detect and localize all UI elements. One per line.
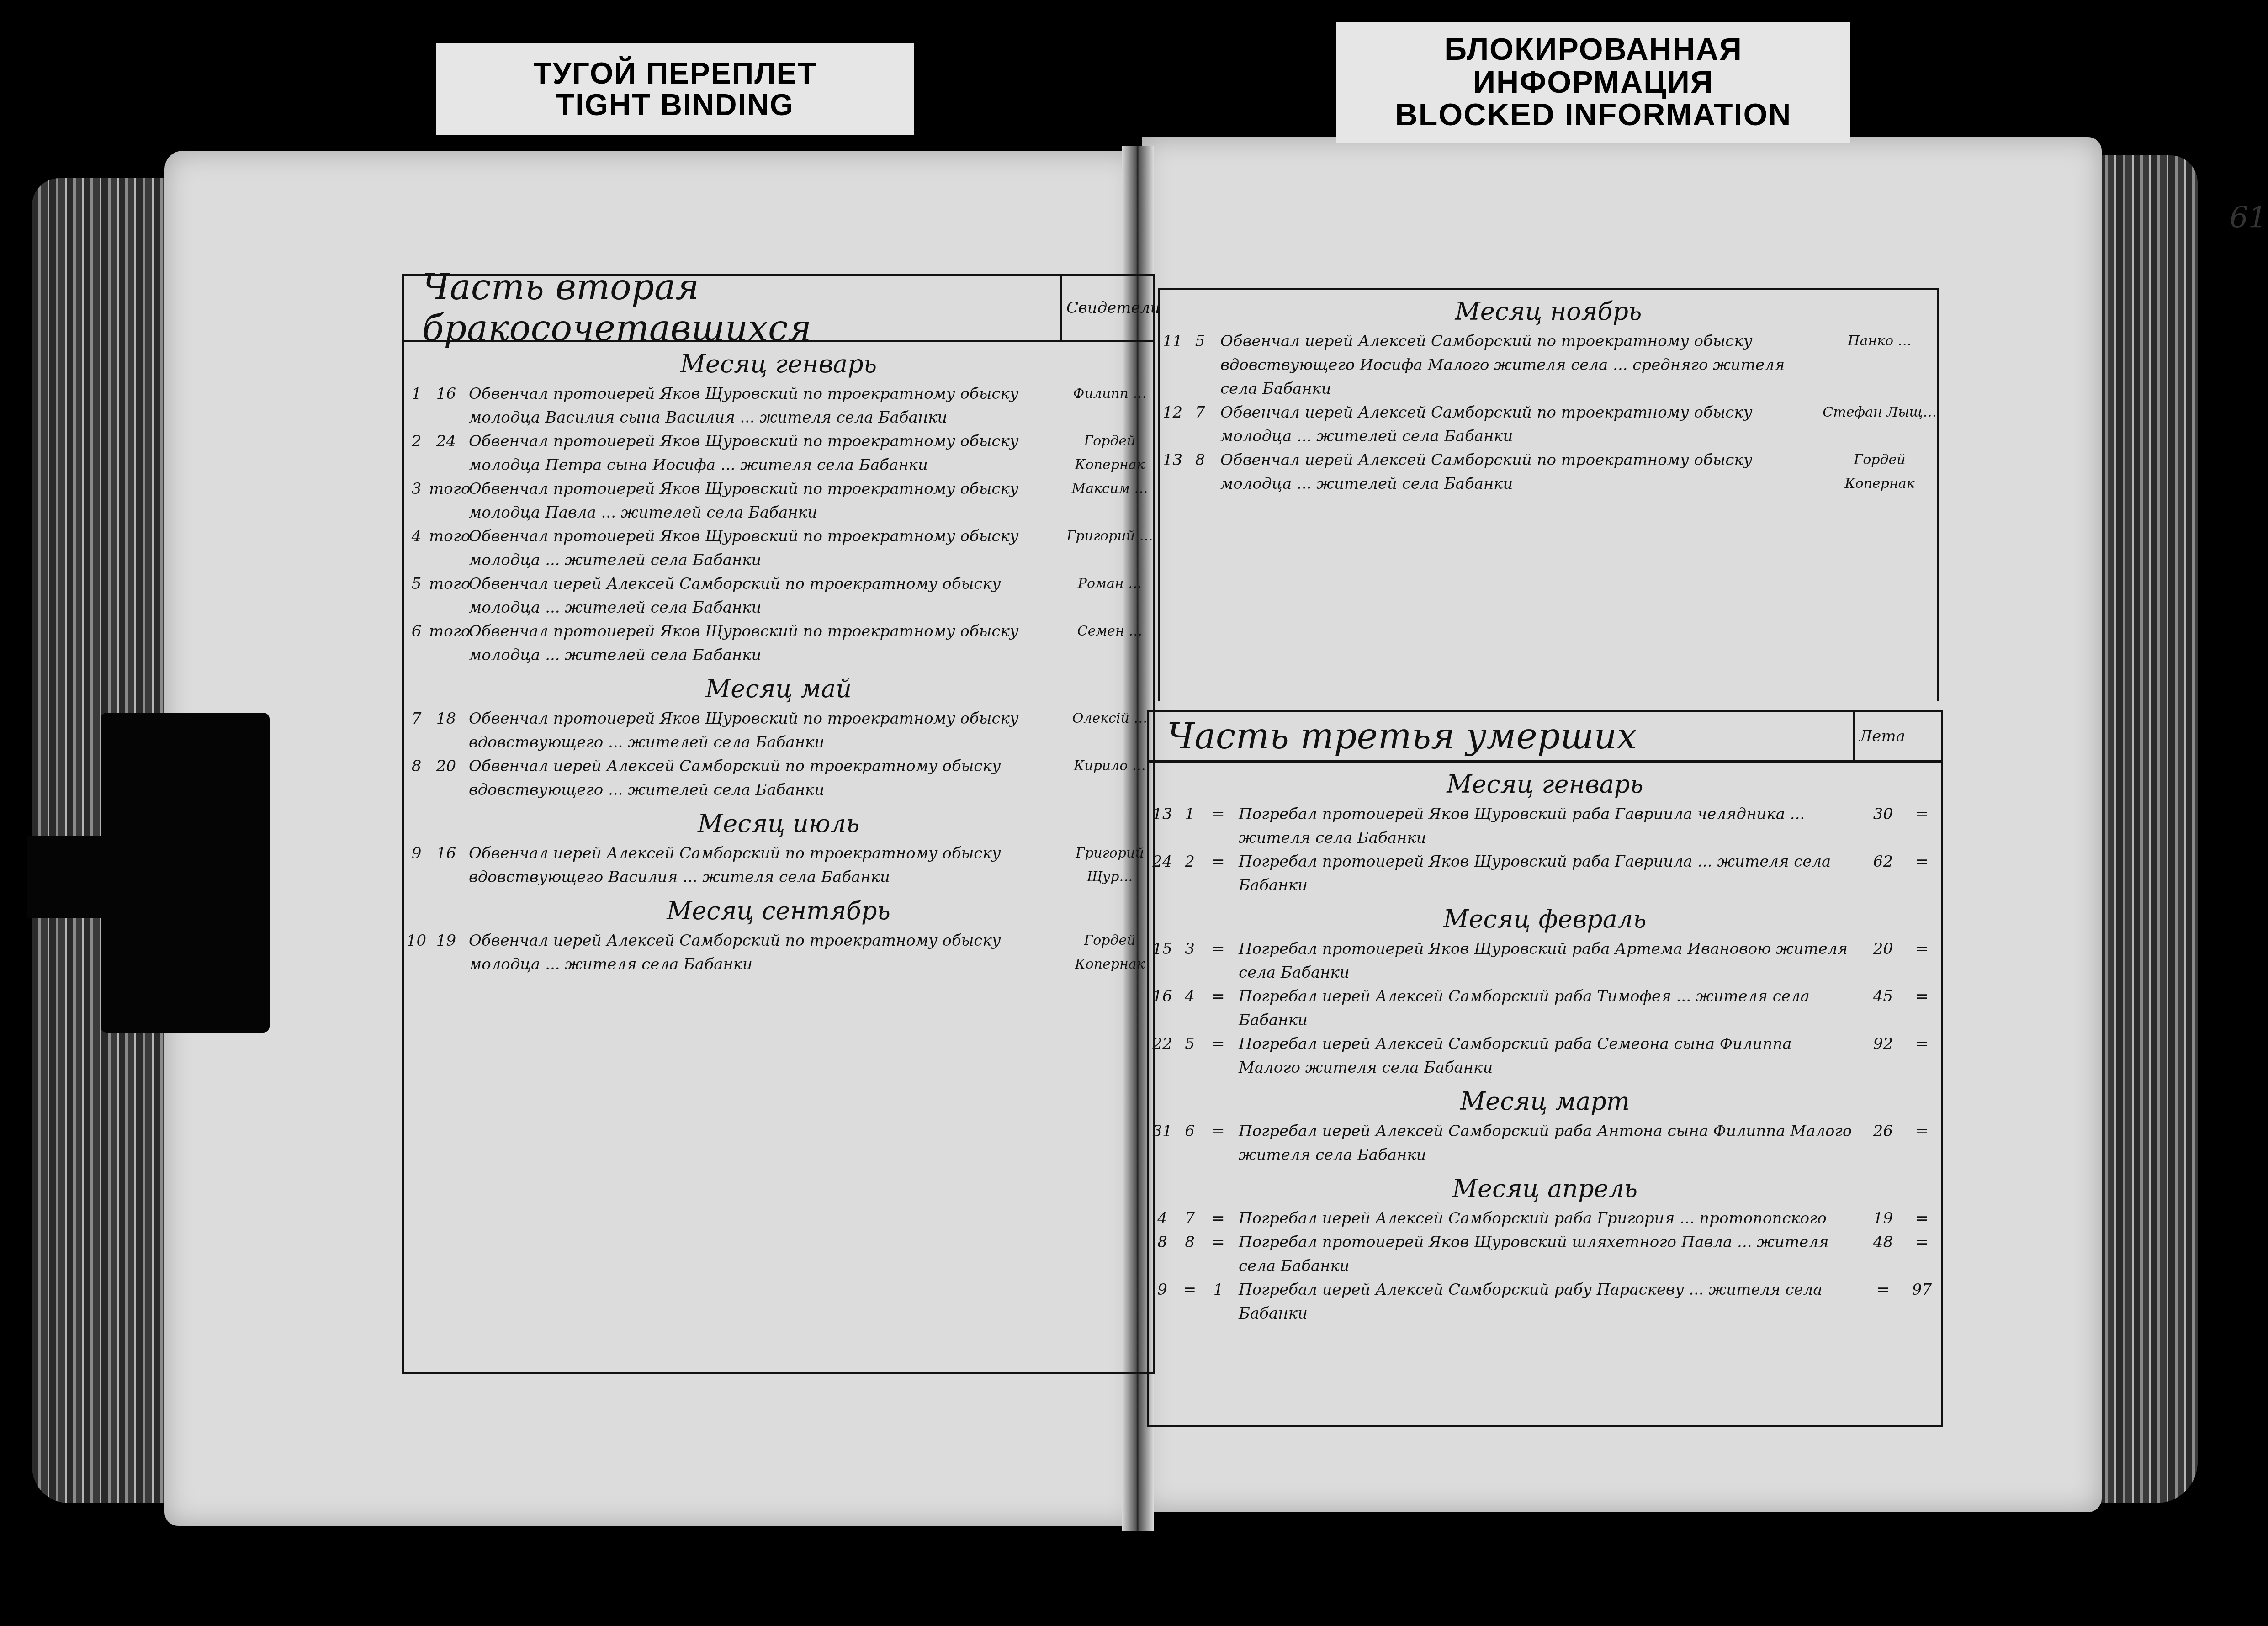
entry-male-count: = — [1176, 1278, 1203, 1325]
entry-age-male: 30 — [1864, 802, 1902, 850]
register-body: Месяц генварь131=Погребал протоиерей Яко… — [1149, 763, 1941, 1425]
entry-male-count: 7 — [1176, 1207, 1203, 1230]
blocked-information-label: БЛОКИРОВАННАЯ ИНФОРМАЦИЯ BLOCKED INFORMA… — [1336, 22, 1850, 143]
entry-witnesses: Гордей Копернак — [1066, 929, 1153, 976]
entry-number: 10 — [404, 929, 429, 976]
entry-age-female: = — [1902, 1032, 1941, 1080]
entry-female-count: = — [1203, 937, 1233, 985]
entry-text: Обвенчал протоиерей Яков Щуровский по тр… — [463, 429, 1066, 477]
entry-day: 22 — [1149, 1032, 1176, 1080]
register-entry: 115Обвенчал иерей Алексей Самборский по … — [1160, 329, 1937, 401]
death-entry: 242=Погребал протоиерей Яков Щуровский р… — [1149, 850, 1941, 897]
death-register: Часть третья умерших Лета Месяц генварь1… — [1147, 710, 1943, 1427]
entry-text: Обвенчал протоиерей Яков Щуровский по тр… — [463, 620, 1066, 667]
entry-text: Обвенчал протоиерей Яков Щуровский по тр… — [463, 707, 1066, 754]
entry-witnesses: Роман … — [1066, 572, 1153, 620]
entry-day: 9 — [1149, 1278, 1176, 1325]
folio-number: 610 — [2230, 201, 2268, 235]
register-entry: 6тогоОбвенчал протоиерей Яков Щуровский … — [404, 620, 1153, 667]
marriage-register-right: Месяц ноябрь115Обвенчал иерей Алексей Са… — [1158, 288, 1939, 701]
tight-binding-label: ТУГОЙ ПЕРЕПЛЕТ TIGHT BINDING — [436, 43, 914, 135]
entry-female-count: = — [1203, 1032, 1233, 1080]
entry-day: того — [429, 524, 463, 572]
section-header: Часть третья умерших Лета — [1149, 712, 1941, 763]
register-entry: 5тогоОбвенчал иерей Алексей Самборский п… — [404, 572, 1153, 620]
entry-witnesses: Панко … — [1823, 329, 1937, 401]
entry-day: 24 — [1149, 850, 1176, 897]
entry-female-count: = — [1203, 985, 1233, 1032]
entry-number: 2 — [404, 429, 429, 477]
entry-female-count: = — [1203, 802, 1233, 850]
entry-text: Обвенчал протоиерей Яков Щуровский по тр… — [463, 382, 1066, 429]
entry-age-male: = — [1864, 1278, 1902, 1325]
entry-witnesses: Григорий Щур… — [1066, 842, 1153, 889]
month-heading: Месяц март — [1149, 1087, 1941, 1116]
register-entry: 3тогоОбвенчал протоиерей Яков Щуровский … — [404, 477, 1153, 524]
blocked-ru-line1: БЛОКИРОВАННАЯ — [1444, 33, 1743, 66]
entry-female-count: = — [1203, 1230, 1233, 1278]
register-body: Месяц генварь116Обвенчал протоиерей Яков… — [404, 342, 1153, 1372]
entry-day: 16 — [1149, 985, 1176, 1032]
entry-age-male: 19 — [1864, 1207, 1902, 1230]
entry-text: Погребал иерей Алексей Самборский раба Г… — [1233, 1207, 1864, 1230]
entry-number: 12 — [1160, 401, 1185, 448]
entry-age-male: 92 — [1864, 1032, 1902, 1080]
entry-male-count: 3 — [1176, 937, 1203, 985]
entry-witnesses: Семен … — [1066, 620, 1153, 667]
entry-witnesses: Григорий … — [1066, 524, 1153, 572]
section-title: Часть третья умерших — [1149, 716, 1853, 757]
entry-day: 7 — [1185, 401, 1215, 448]
entry-female-count: = — [1203, 850, 1233, 897]
entry-day: 8 — [1149, 1230, 1176, 1278]
entry-witnesses: Гордей Копернак — [1823, 448, 1937, 496]
entry-number: 6 — [404, 620, 429, 667]
register-body: Месяц ноябрь115Обвенчал иерей Алексей Са… — [1160, 290, 1937, 701]
entry-female-count: = — [1203, 1207, 1233, 1230]
entry-day: 31 — [1149, 1119, 1176, 1167]
register-entry: 718Обвенчал протоиерей Яков Щуровский по… — [404, 707, 1153, 754]
entry-age-female: 97 — [1902, 1278, 1941, 1325]
entry-female-count: = — [1203, 1119, 1233, 1167]
entry-witnesses: Гордей Копернак — [1066, 429, 1153, 477]
section-header: Часть вторая бракосочетавшихся Свидетели — [404, 276, 1153, 342]
entry-text: Обвенчал иерей Алексей Самборский по тро… — [463, 929, 1066, 976]
register-entry: 1019Обвенчал иерей Алексей Самборский по… — [404, 929, 1153, 976]
entry-day: 5 — [1185, 329, 1215, 401]
entry-age-male: 45 — [1864, 985, 1902, 1032]
marriage-register-left: Часть вторая бракосочетавшихся Свидетели… — [402, 274, 1155, 1374]
entry-age-female: = — [1902, 1119, 1941, 1167]
death-entry: 153=Погребал протоиерей Яков Щуровский р… — [1149, 937, 1941, 985]
entry-number: 11 — [1160, 329, 1185, 401]
month-heading: Месяц апрель — [1149, 1174, 1941, 1203]
entry-text: Погребал протоиерей Яков Щуровский раба … — [1233, 850, 1864, 897]
entry-day: 18 — [429, 707, 463, 754]
entry-witnesses: Филипп … — [1066, 382, 1153, 429]
death-entry: 316=Погребал иерей Алексей Самборский ра… — [1149, 1119, 1941, 1167]
entry-male-count: 2 — [1176, 850, 1203, 897]
blocked-en: BLOCKED INFORMATION — [1395, 99, 1792, 131]
death-entry: 88=Погребал протоиерей Яков Щуровский шл… — [1149, 1230, 1941, 1278]
entry-age-male: 62 — [1864, 850, 1902, 897]
entry-witnesses: Максим … — [1066, 477, 1153, 524]
entry-number: 8 — [404, 754, 429, 802]
entry-text: Обвенчал протоиерей Яков Щуровский по тр… — [463, 524, 1066, 572]
entry-age-male: 48 — [1864, 1230, 1902, 1278]
entry-age-female: = — [1902, 1207, 1941, 1230]
entry-text: Обвенчал иерей Алексей Самборский по тро… — [1215, 329, 1823, 401]
month-heading: Месяц генварь — [1149, 770, 1941, 799]
entry-witnesses: Олексій … — [1066, 707, 1153, 754]
entry-text: Обвенчал иерей Алексей Самборский по тро… — [463, 842, 1066, 889]
register-entry: 127Обвенчал иерей Алексей Самборский по … — [1160, 401, 1937, 448]
entry-text: Погребал протоиерей Яков Щуровский раба … — [1233, 802, 1864, 850]
entry-day: 15 — [1149, 937, 1176, 985]
entry-day: 24 — [429, 429, 463, 477]
entry-witnesses: Стефан Лыщ… — [1823, 401, 1937, 448]
entry-day: того — [429, 572, 463, 620]
entry-text: Погребал иерей Алексей Самборский рабу П… — [1233, 1278, 1864, 1325]
entry-day: 20 — [429, 754, 463, 802]
binding-clasp — [101, 713, 270, 1033]
entry-day: 13 — [1149, 802, 1176, 850]
tight-binding-ru: ТУГОЙ ПЕРЕПЛЕТ — [533, 58, 817, 89]
entry-number: 4 — [404, 524, 429, 572]
register-entry: 4тогоОбвенчал протоиерей Яков Щуровский … — [404, 524, 1153, 572]
entry-number: 3 — [404, 477, 429, 524]
entry-day: 4 — [1149, 1207, 1176, 1230]
entry-text: Погребал иерей Алексей Самборский раба С… — [1233, 1032, 1864, 1080]
entry-day: 8 — [1185, 448, 1215, 496]
years-header: Лета — [1853, 712, 1941, 760]
death-entry: 131=Погребал протоиерей Яков Щуровский р… — [1149, 802, 1941, 850]
entry-text: Обвенчал иерей Алексей Самборский по тро… — [1215, 448, 1823, 496]
entry-female-count: 1 — [1203, 1278, 1233, 1325]
entry-age-male: 26 — [1864, 1119, 1902, 1167]
entry-age-female: = — [1902, 802, 1941, 850]
entry-text: Обвенчал иерей Алексей Самборский по тро… — [463, 572, 1066, 620]
month-heading: Месяц май — [404, 674, 1153, 703]
entry-text: Обвенчал протоиерей Яков Щуровский по тр… — [463, 477, 1066, 524]
entry-day: того — [429, 620, 463, 667]
entry-day: 16 — [429, 842, 463, 889]
entry-age-female: = — [1902, 1230, 1941, 1278]
entry-witnesses: Кирило … — [1066, 754, 1153, 802]
entry-text: Обвенчал иерей Алексей Самборский по тро… — [1215, 401, 1823, 448]
register-entry: 224Обвенчал протоиерей Яков Щуровский по… — [404, 429, 1153, 477]
entry-age-female: = — [1902, 985, 1941, 1032]
death-entry: 9=1Погребал иерей Алексей Самборский раб… — [1149, 1278, 1941, 1325]
entry-number: 13 — [1160, 448, 1185, 496]
entry-male-count: 8 — [1176, 1230, 1203, 1278]
entry-text: Погребал протоиерей Яков Щуровский шляхе… — [1233, 1230, 1864, 1278]
entry-day: 19 — [429, 929, 463, 976]
entry-number: 9 — [404, 842, 429, 889]
death-entry: 225=Погребал иерей Алексей Самборский ра… — [1149, 1032, 1941, 1080]
month-heading: Месяц ноябрь — [1160, 297, 1937, 326]
tight-binding-en: TIGHT BINDING — [556, 89, 794, 121]
entry-number: 7 — [404, 707, 429, 754]
entry-day: того — [429, 477, 463, 524]
entry-male-count: 1 — [1176, 802, 1203, 850]
month-heading: Месяц генварь — [404, 350, 1153, 378]
entry-male-count: 6 — [1176, 1119, 1203, 1167]
entry-number: 5 — [404, 572, 429, 620]
entry-day: 16 — [429, 382, 463, 429]
month-heading: Месяц февраль — [1149, 905, 1941, 933]
blocked-ru-line2: ИНФОРМАЦИЯ — [1473, 66, 1714, 99]
entry-male-count: 4 — [1176, 985, 1203, 1032]
entry-text: Погребал иерей Алексей Самборский раба А… — [1233, 1119, 1864, 1167]
section-title: Часть вторая бракосочетавшихся — [404, 267, 1060, 349]
witness-header: Свидетели — [1060, 276, 1153, 340]
register-entry: 138Обвенчал иерей Алексей Самборский по … — [1160, 448, 1937, 496]
month-heading: Месяц июль — [404, 809, 1153, 838]
entry-text: Погребал протоиерей Яков Щуровский раба … — [1233, 937, 1864, 985]
register-entry: 820Обвенчал иерей Алексей Самборский по … — [404, 754, 1153, 802]
month-heading: Месяц сентябрь — [404, 896, 1153, 925]
register-entry: 116Обвенчал протоиерей Яков Щуровский по… — [404, 382, 1153, 429]
entry-number: 1 — [404, 382, 429, 429]
entry-male-count: 5 — [1176, 1032, 1203, 1080]
entry-age-female: = — [1902, 937, 1941, 985]
entry-text: Обвенчал иерей Алексей Самборский по тро… — [463, 754, 1066, 802]
entry-age-female: = — [1902, 850, 1941, 897]
death-entry: 47=Погребал иерей Алексей Самборский раб… — [1149, 1207, 1941, 1230]
entry-age-male: 20 — [1864, 937, 1902, 985]
death-entry: 164=Погребал иерей Алексей Самборский ра… — [1149, 985, 1941, 1032]
register-entry: 916Обвенчал иерей Алексей Самборский по … — [404, 842, 1153, 889]
entry-text: Погребал иерей Алексей Самборский раба Т… — [1233, 985, 1864, 1032]
